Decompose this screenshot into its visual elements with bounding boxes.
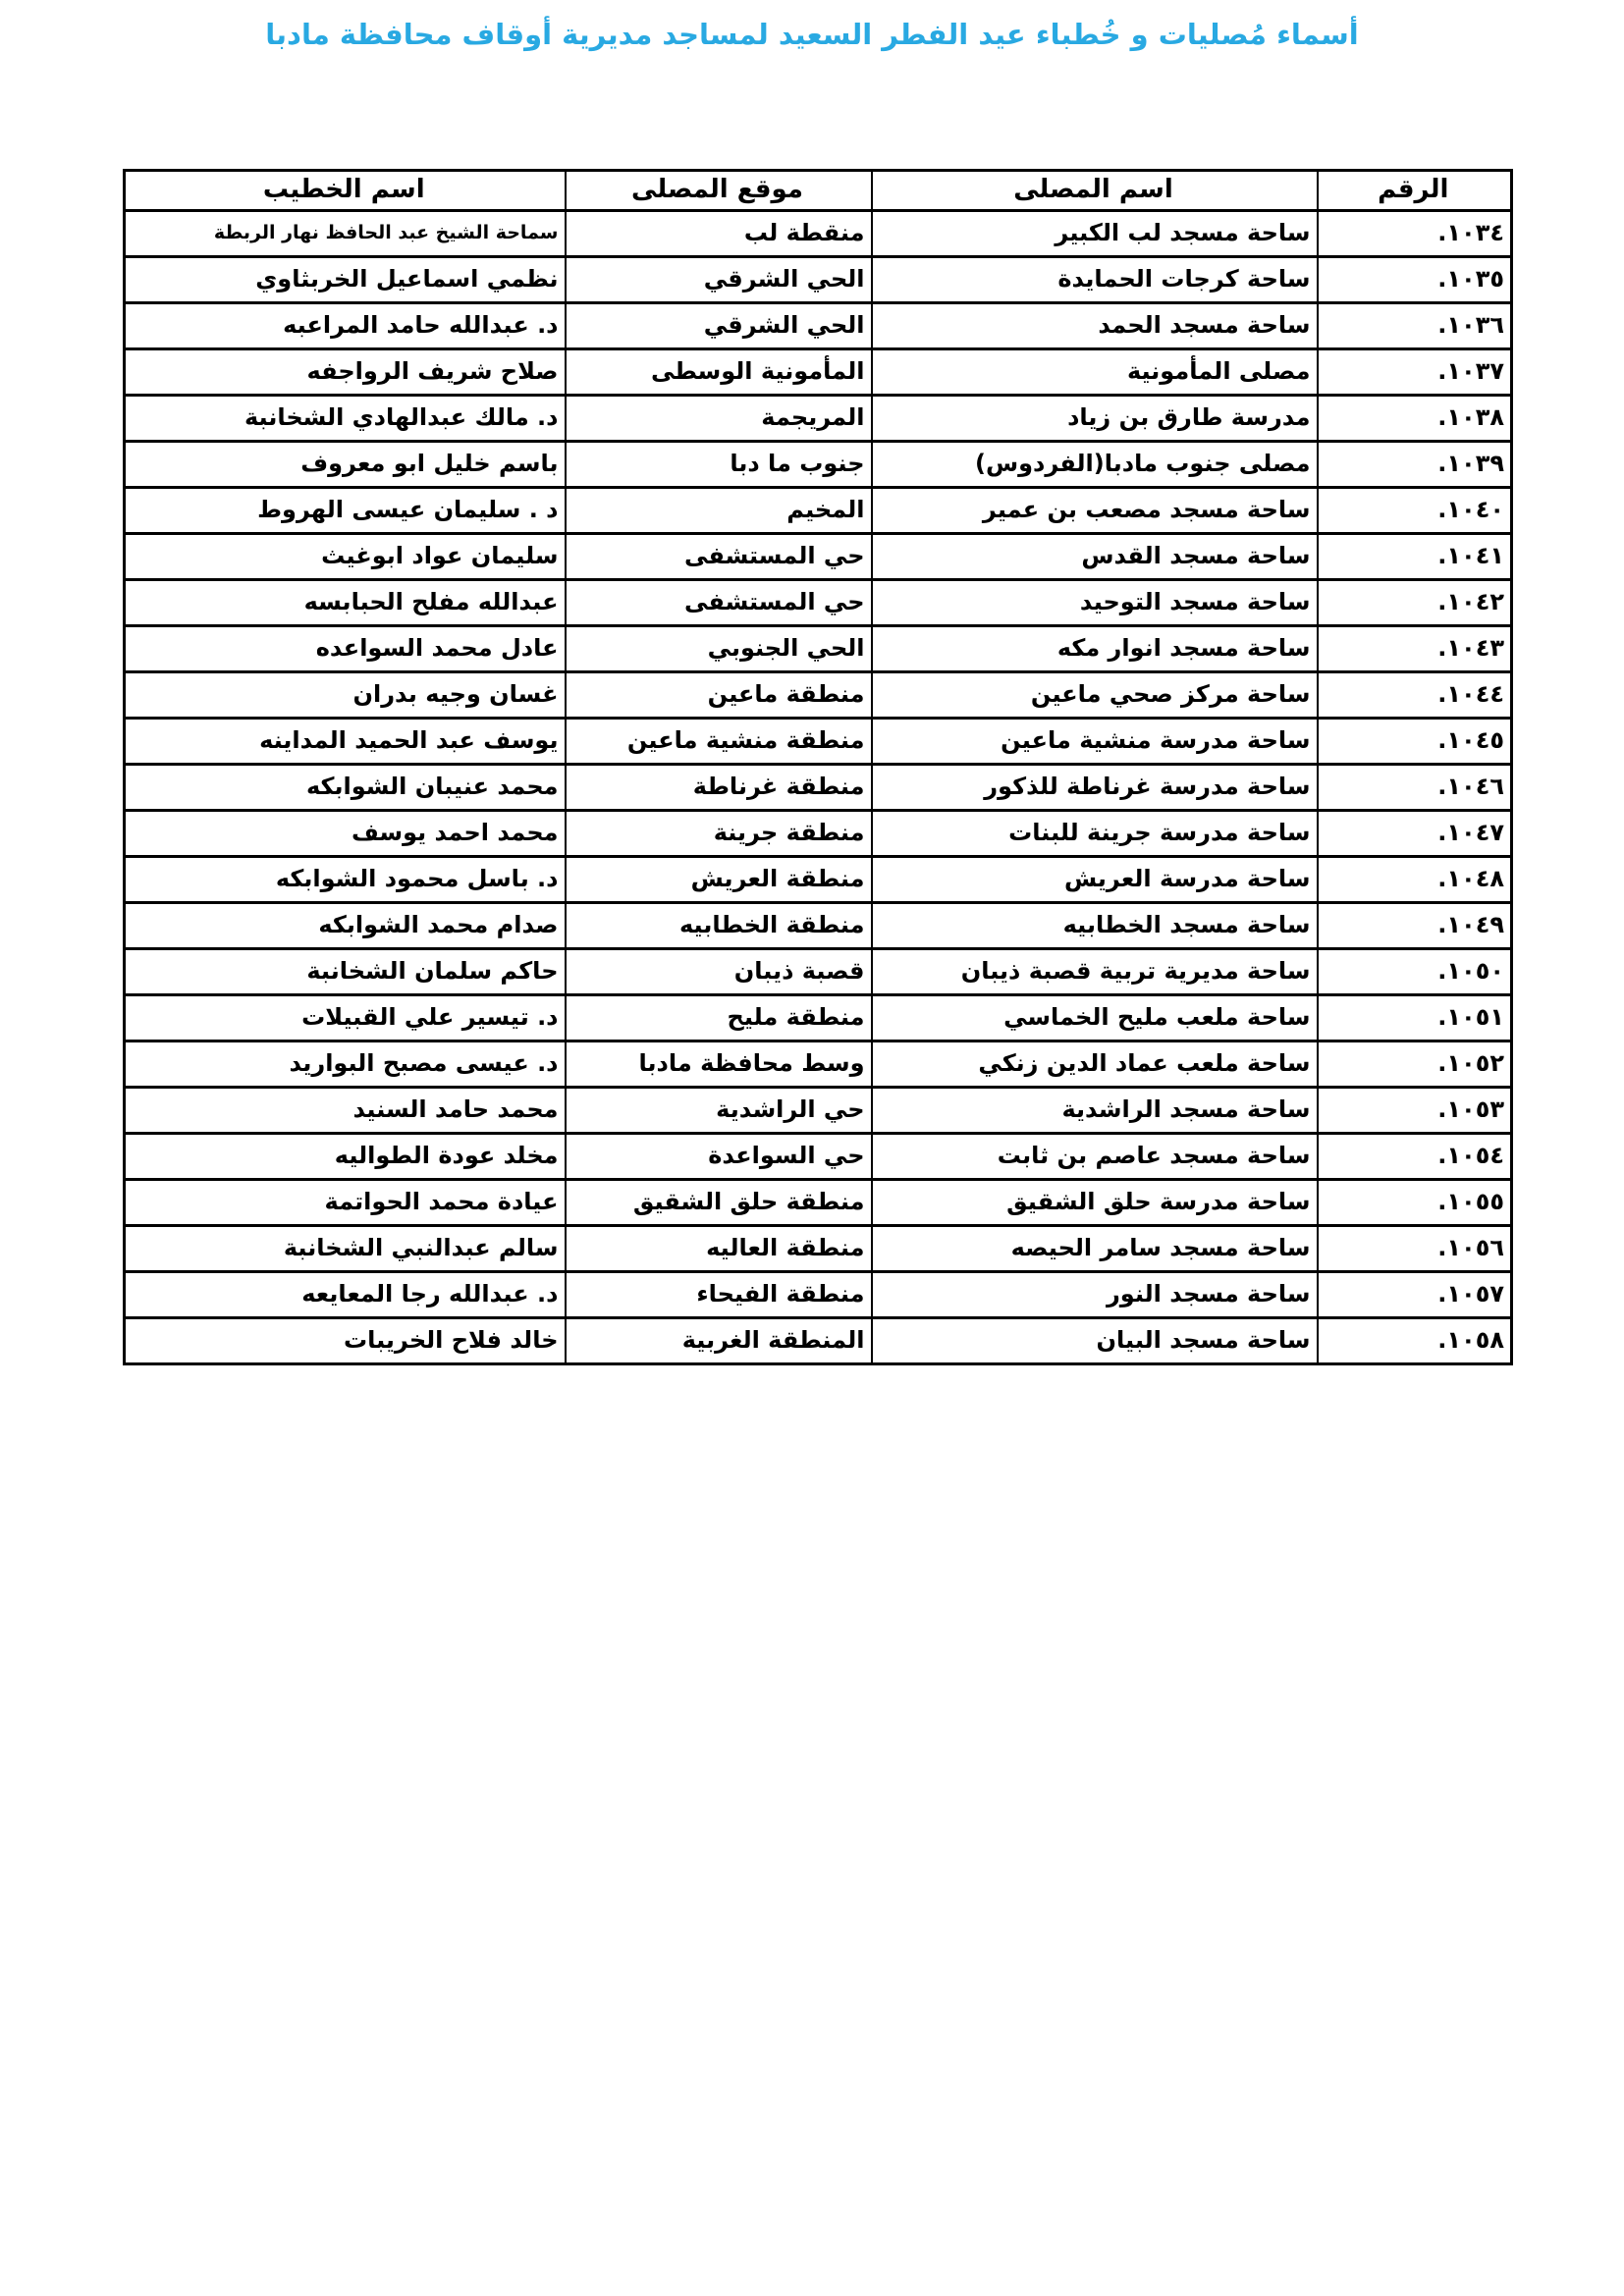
khateeb-name-cell: د . سليمان عيسى الهروط xyxy=(125,488,566,534)
mosque-name-cell: ساحة مدرسة غرناطة للذكور xyxy=(872,765,1318,811)
mosque-location-cell: منطقة العريش xyxy=(566,857,872,903)
row-number-cell: ١٠٣٩. xyxy=(1318,442,1512,488)
row-number-cell: ١٠٥٦. xyxy=(1318,1226,1512,1272)
table-row: ١٠٥٧. ساحة مسجد النور منطقة الفيحاء د. ع… xyxy=(125,1272,1512,1318)
mosque-location-cell: المنطقة الغربية xyxy=(566,1318,872,1364)
row-number-cell: ١٠٤٥. xyxy=(1318,719,1512,765)
khateeb-name-cell: نظمي اسماعيل الخربثاوي xyxy=(125,257,566,303)
row-number-cell: ١٠٣٥. xyxy=(1318,257,1512,303)
row-number-cell: ١٠٤٠. xyxy=(1318,488,1512,534)
khateeb-name-cell: عيادة محمد الحواتمة xyxy=(125,1180,566,1226)
mosque-location-cell: حي المستشفى xyxy=(566,580,872,626)
table-row: ١٠٣٦. ساحة مسجد الحمد الحي الشرقي د. عبد… xyxy=(125,303,1512,349)
header-khateeb-name: اسم الخطيب xyxy=(125,171,566,211)
khateeb-name-cell: خالد فلاح الخريبات xyxy=(125,1318,566,1364)
table-row: ١٠٤٤. ساحة مركز صحي ماعين منطقة ماعين غس… xyxy=(125,672,1512,719)
mosque-name-cell: ساحة مسجد النور xyxy=(872,1272,1318,1318)
row-number-cell: ١٠٥٣. xyxy=(1318,1088,1512,1134)
table-row: ١٠٥٤. ساحة مسجد عاصم بن ثابت حي السواعدة… xyxy=(125,1134,1512,1180)
mosque-name-cell: ساحة مدرسة حلق الشقيق xyxy=(872,1180,1318,1226)
mosque-name-cell: ساحة مسجد انوار مكه xyxy=(872,626,1318,672)
table-row: ١٠٣٩. مصلى جنوب مادبا(الفردوس) جنوب ما د… xyxy=(125,442,1512,488)
mosque-location-cell: منطقة مليح xyxy=(566,995,872,1041)
mosque-location-cell: الحي الجنوبي xyxy=(566,626,872,672)
khateeb-name-cell: يوسف عبد الحميد المداينه xyxy=(125,719,566,765)
row-number-cell: ١٠٤٧. xyxy=(1318,811,1512,857)
mosque-location-cell: حي المستشفى xyxy=(566,534,872,580)
table-row: ١٠٤٦. ساحة مدرسة غرناطة للذكور منطقة غرن… xyxy=(125,765,1512,811)
mosque-name-cell: ساحة ملعب عماد الدين زنكي xyxy=(872,1041,1318,1088)
table-row: ١٠٥٠. ساحة مديرية تربية قصبة ذيبان قصبة … xyxy=(125,949,1512,995)
mosque-name-cell: ساحة مسجد الحمد xyxy=(872,303,1318,349)
row-number-cell: ١٠٣٧. xyxy=(1318,349,1512,396)
mosque-name-cell: ساحة مسجد لب الكبير xyxy=(872,211,1318,257)
table-row: ١٠٣٤. ساحة مسجد لب الكبير منقطة لب سماحة… xyxy=(125,211,1512,257)
row-number-cell: ١٠٣٤. xyxy=(1318,211,1512,257)
mosque-location-cell: منطقة ماعين xyxy=(566,672,872,719)
khateeb-name-cell: د. مالك عبدالهادي الشخانبة xyxy=(125,396,566,442)
mosque-location-cell: منطقة غرناطة xyxy=(566,765,872,811)
mosque-name-cell: ساحة مسجد القدس xyxy=(872,534,1318,580)
mosque-location-cell: المأمونية الوسطى xyxy=(566,349,872,396)
row-number-cell: ١٠٤٢. xyxy=(1318,580,1512,626)
prayer-locations-table: الرقم اسم المصلى موقع المصلى اسم الخطيب … xyxy=(123,169,1513,1365)
table-header: الرقم اسم المصلى موقع المصلى اسم الخطيب xyxy=(125,171,1512,211)
table-body: ١٠٣٤. ساحة مسجد لب الكبير منقطة لب سماحة… xyxy=(125,211,1512,1364)
khateeb-name-cell: محمد عنيبان الشوابكه xyxy=(125,765,566,811)
mosque-location-cell: منطقة العاليه xyxy=(566,1226,872,1272)
mosque-location-cell: منطقة الخطابيه xyxy=(566,903,872,949)
row-number-cell: ١٠٤١. xyxy=(1318,534,1512,580)
header-mosque-name: اسم المصلى xyxy=(872,171,1318,211)
khateeb-name-cell: عبدالله مفلح الحبابسه xyxy=(125,580,566,626)
mosque-name-cell: ساحة مدرسة جرينة للبنات xyxy=(872,811,1318,857)
mosque-location-cell: حي السواعدة xyxy=(566,1134,872,1180)
mosque-location-cell: المخيم xyxy=(566,488,872,534)
mosque-name-cell: مصلى المأمونية xyxy=(872,349,1318,396)
mosque-name-cell: مصلى جنوب مادبا(الفردوس) xyxy=(872,442,1318,488)
mosque-name-cell: ساحة مسجد عاصم بن ثابت xyxy=(872,1134,1318,1180)
khateeb-name-cell: باسم خليل ابو معروف xyxy=(125,442,566,488)
mosque-name-cell: ساحة مسجد مصعب بن عمير xyxy=(872,488,1318,534)
mosque-name-cell: ساحة مديرية تربية قصبة ذيبان xyxy=(872,949,1318,995)
mosque-location-cell: جنوب ما دبا xyxy=(566,442,872,488)
row-number-cell: ١٠٤٨. xyxy=(1318,857,1512,903)
table-row: ١٠٤٢. ساحة مسجد التوحيد حي المستشفى عبدا… xyxy=(125,580,1512,626)
khateeb-name-cell: د. عبدالله حامد المراعبه xyxy=(125,303,566,349)
mosque-location-cell: الحي الشرقي xyxy=(566,257,872,303)
mosque-name-cell: ساحة مسجد الخطابيه xyxy=(872,903,1318,949)
row-number-cell: ١٠٥١. xyxy=(1318,995,1512,1041)
table-row: ١٠٥٥. ساحة مدرسة حلق الشقيق منطقة حلق ال… xyxy=(125,1180,1512,1226)
mosque-name-cell: ساحة مسجد البيان xyxy=(872,1318,1318,1364)
row-number-cell: ١٠٤٩. xyxy=(1318,903,1512,949)
row-number-cell: ١٠٥٠. xyxy=(1318,949,1512,995)
mosque-location-cell: منطقة جرينة xyxy=(566,811,872,857)
table-row: ١٠٥٨. ساحة مسجد البيان المنطقة الغربية خ… xyxy=(125,1318,1512,1364)
table-row: ١٠٣٧. مصلى المأمونية المأمونية الوسطى صل… xyxy=(125,349,1512,396)
mosque-location-cell: حي الراشدية xyxy=(566,1088,872,1134)
table-row: ١٠٤١. ساحة مسجد القدس حي المستشفى سليمان… xyxy=(125,534,1512,580)
table-row: ١٠٣٨. مدرسة طارق بن زياد المريجمة د. مال… xyxy=(125,396,1512,442)
header-number: الرقم xyxy=(1318,171,1512,211)
table-header-row: الرقم اسم المصلى موقع المصلى اسم الخطيب xyxy=(125,171,1512,211)
table-row: ١٠٤٥. ساحة مدرسة منشية ماعين منطقة منشية… xyxy=(125,719,1512,765)
document-page: { "colors": { "title": "#29A9E2", "text"… xyxy=(0,0,1624,2296)
khateeb-name-cell: صلاح شريف الرواجفه xyxy=(125,349,566,396)
mosque-name-cell: ساحة مسجد الراشدية xyxy=(872,1088,1318,1134)
mosque-name-cell: مدرسة طارق بن زياد xyxy=(872,396,1318,442)
table-row: ١٠٤٧. ساحة مدرسة جرينة للبنات منطقة جرين… xyxy=(125,811,1512,857)
mosque-name-cell: ساحة مدرسة العريش xyxy=(872,857,1318,903)
row-number-cell: ١٠٥٨. xyxy=(1318,1318,1512,1364)
mosque-name-cell: ساحة مسجد سامر الحيصه xyxy=(872,1226,1318,1272)
mosque-location-cell: منطقة منشية ماعين xyxy=(566,719,872,765)
khateeb-name-cell: حاكم سلمان الشخانبة xyxy=(125,949,566,995)
mosque-name-cell: ساحة مسجد التوحيد xyxy=(872,580,1318,626)
khateeb-name-cell: سليمان عواد ابوغيث xyxy=(125,534,566,580)
table-row: ١٠٣٥. ساحة كرجات الحمايدة الحي الشرقي نظ… xyxy=(125,257,1512,303)
mosque-name-cell: ساحة مركز صحي ماعين xyxy=(872,672,1318,719)
khateeb-name-cell: د. باسل محمود الشوابكه xyxy=(125,857,566,903)
mosque-name-cell: ساحة كرجات الحمايدة xyxy=(872,257,1318,303)
row-number-cell: ١٠٣٦. xyxy=(1318,303,1512,349)
table-row: ١٠٥٢. ساحة ملعب عماد الدين زنكي وسط محاف… xyxy=(125,1041,1512,1088)
khateeb-name-cell: د. عيسى مصبح البواريد xyxy=(125,1041,566,1088)
header-mosque-location: موقع المصلى xyxy=(566,171,872,211)
row-number-cell: ١٠٥٥. xyxy=(1318,1180,1512,1226)
page-title: أسماء مُصليات و خُطباء عيد الفطر السعيد … xyxy=(0,18,1624,51)
mosque-location-cell: المريجمة xyxy=(566,396,872,442)
khateeb-name-cell: مخلد عودة الطواليه xyxy=(125,1134,566,1180)
khateeb-name-cell: د. تيسير علي القبيلات xyxy=(125,995,566,1041)
row-number-cell: ١٠٥٧. xyxy=(1318,1272,1512,1318)
table-row: ١٠٤٠. ساحة مسجد مصعب بن عمير المخيم د . … xyxy=(125,488,1512,534)
khateeb-name-cell: محمد احمد يوسف xyxy=(125,811,566,857)
table-row: ١٠٥١. ساحة ملعب مليح الخماسي منطقة مليح … xyxy=(125,995,1512,1041)
mosque-name-cell: ساحة ملعب مليح الخماسي xyxy=(872,995,1318,1041)
mosque-location-cell: الحي الشرقي xyxy=(566,303,872,349)
row-number-cell: ١٠٤٣. xyxy=(1318,626,1512,672)
table-row: ١٠٤٨. ساحة مدرسة العريش منطقة العريش د. … xyxy=(125,857,1512,903)
khateeb-name-cell: د. عبدالله رجا المعايعه xyxy=(125,1272,566,1318)
mosque-location-cell: منقطة لب xyxy=(566,211,872,257)
row-number-cell: ١٠٥٤. xyxy=(1318,1134,1512,1180)
khateeb-name-cell: عادل محمد السواعده xyxy=(125,626,566,672)
table-row: ١٠٥٦. ساحة مسجد سامر الحيصه منطقة العالي… xyxy=(125,1226,1512,1272)
row-number-cell: ١٠٥٢. xyxy=(1318,1041,1512,1088)
mosque-location-cell: قصبة ذيبان xyxy=(566,949,872,995)
table-row: ١٠٤٣. ساحة مسجد انوار مكه الحي الجنوبي ع… xyxy=(125,626,1512,672)
mosque-location-cell: منطقة الفيحاء xyxy=(566,1272,872,1318)
khateeb-name-cell: سماحة الشيخ عبد الحافظ نهار الربطة xyxy=(125,211,566,257)
khateeb-name-cell: محمد حامد السنيد xyxy=(125,1088,566,1134)
khateeb-name-cell: سالم عبدالنبي الشخانبة xyxy=(125,1226,566,1272)
table-row: ١٠٤٩. ساحة مسجد الخطابيه منطقة الخطابيه … xyxy=(125,903,1512,949)
mosque-location-cell: وسط محافظة مادبا xyxy=(566,1041,872,1088)
row-number-cell: ١٠٣٨. xyxy=(1318,396,1512,442)
table-row: ١٠٥٣. ساحة مسجد الراشدية حي الراشدية محم… xyxy=(125,1088,1512,1134)
mosque-location-cell: منطقة حلق الشقيق xyxy=(566,1180,872,1226)
row-number-cell: ١٠٤٤. xyxy=(1318,672,1512,719)
row-number-cell: ١٠٤٦. xyxy=(1318,765,1512,811)
khateeb-name-cell: غسان وجيه بدران xyxy=(125,672,566,719)
khateeb-name-cell: صدام محمد الشوابكه xyxy=(125,903,566,949)
mosque-name-cell: ساحة مدرسة منشية ماعين xyxy=(872,719,1318,765)
